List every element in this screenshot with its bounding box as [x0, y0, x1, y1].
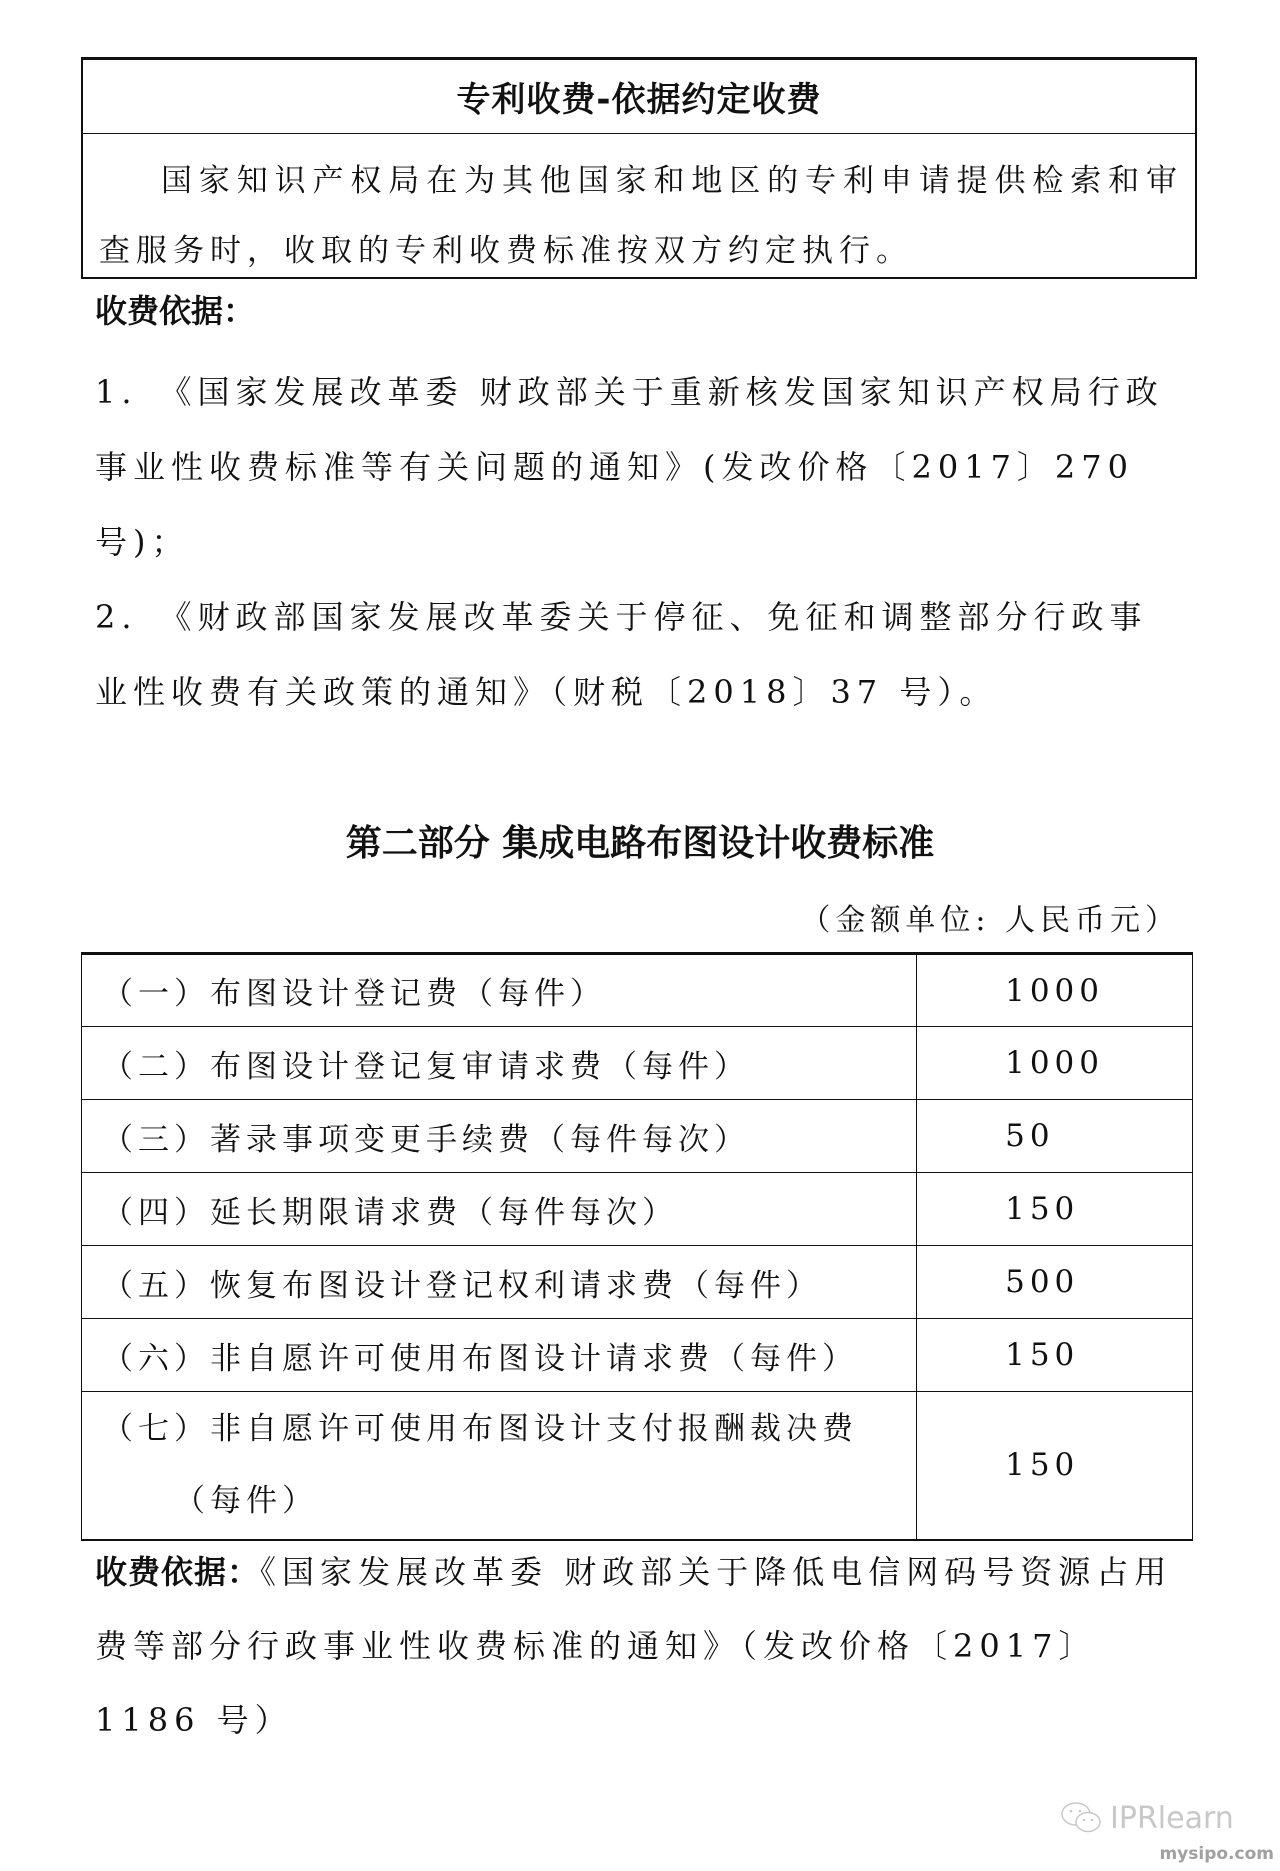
fee-amount: 150: [917, 1319, 1193, 1392]
fee-amount: 50: [917, 1100, 1193, 1173]
fee-basis-item: 2. 《财政部国家发展改革委关于停征、免征和调整部分行政事业性收费有关政策的通知…: [95, 580, 1185, 730]
fee-item: （三）著录事项变更手续费（每件每次）: [82, 1100, 917, 1173]
fee-item-line1: （七）非自愿许可使用布图设计支付报酬裁决费: [102, 1411, 858, 1447]
part2-title: 第二部分 集成电路布图设计收费标准: [0, 815, 1280, 866]
fee-item: （一）布图设计登记费（每件）: [82, 954, 917, 1027]
currency-unit-note: （金额单位: 人民币元）: [800, 895, 1180, 939]
table-row: （二）布图设计登记复审请求费（每件） 1000: [82, 1027, 1193, 1100]
agreement-fee-box: 专利收费-依据约定收费 国家知识产权局在为其他国家和地区的专利申请提供检索和审查…: [81, 57, 1197, 279]
part2-fee-basis: 收费依据：《国家发展改革委 财政部关于降低电信网码号资源占用费等部分行政事业性收…: [95, 1535, 1185, 1757]
fee-amount: 150: [917, 1173, 1193, 1246]
fee-item: （四）延长期限请求费（每件每次）: [82, 1173, 917, 1246]
fee-item: （五）恢复布图设计登记权利请求费（每件）: [82, 1246, 917, 1319]
watermark: IPRlearn: [1060, 1800, 1234, 1836]
fee-amount: 1000: [917, 1027, 1193, 1100]
wechat-icon: [1060, 1800, 1104, 1836]
table-row: （一）布图设计登记费（每件） 1000: [82, 954, 1193, 1027]
table-row: （四）延长期限请求费（每件每次） 150: [82, 1173, 1193, 1246]
table-row: （三）著录事项变更手续费（每件每次） 50: [82, 1100, 1193, 1173]
site-watermark: mysipo.com: [1159, 1844, 1274, 1864]
table-row: （五）恢复布图设计登记权利请求费（每件） 500: [82, 1246, 1193, 1319]
table-row: （六）非自愿许可使用布图设计请求费（每件） 150: [82, 1319, 1193, 1392]
fee-basis-item: 1. 《国家发展改革委 财政部关于重新核发国家知识产权局行政事业性收费标准等有关…: [95, 355, 1185, 580]
fee-item: （七）非自愿许可使用布图设计支付报酬裁决费 （每件）: [82, 1392, 917, 1540]
watermark-account: IPRlearn: [1110, 1801, 1234, 1836]
layout-design-fee-table: （一）布图设计登记费（每件） 1000 （二）布图设计登记复审请求费（每件） 1…: [81, 952, 1193, 1541]
fee-item: （六）非自愿许可使用布图设计请求费（每件）: [82, 1319, 917, 1392]
agreement-fee-title: 专利收费-依据约定收费: [83, 60, 1195, 134]
table-row: （七）非自愿许可使用布图设计支付报酬裁决费 （每件） 150: [82, 1392, 1193, 1540]
fee-amount: 150: [917, 1392, 1193, 1540]
fee-basis-label: 收费依据：: [95, 286, 255, 332]
fee-amount: 1000: [917, 954, 1193, 1027]
fee-basis-list: 1. 《国家发展改革委 财政部关于重新核发国家知识产权局行政事业性收费标准等有关…: [95, 355, 1185, 730]
fee-item: （二）布图设计登记复审请求费（每件）: [82, 1027, 917, 1100]
agreement-fee-body: 国家知识产权局在为其他国家和地区的专利申请提供检索和审查服务时，收取的专利收费标…: [99, 146, 1183, 286]
fee-amount: 500: [917, 1246, 1193, 1319]
fee-item-line2: （每件）: [102, 1465, 916, 1537]
part2-fee-basis-label: 收费依据：: [95, 1553, 260, 1591]
